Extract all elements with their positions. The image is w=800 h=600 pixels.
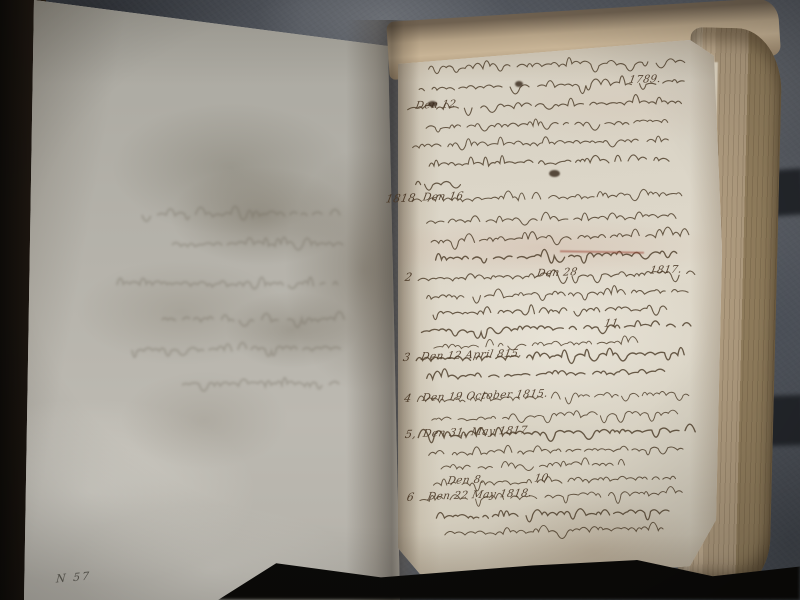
ink-blot [549, 170, 560, 177]
handwriting-fragment: Den 16 [422, 190, 465, 203]
handwriting-fragment: 11 [604, 317, 620, 330]
handwriting-fragment: 1789. [627, 73, 661, 86]
handwritten-line [426, 363, 671, 380]
stain-squiggle [142, 206, 340, 221]
handwritten-line [426, 284, 688, 305]
stain-squiggle [132, 343, 341, 358]
handwritten-line [416, 180, 461, 190]
handwritten-line [441, 457, 625, 473]
handwriting-fragment: 10 [533, 472, 549, 485]
handwritten-line [431, 226, 695, 249]
stain-squiggle [172, 237, 349, 250]
ink-blot [428, 101, 437, 107]
handwritten-line [426, 116, 668, 135]
handwritten-line [421, 319, 691, 340]
handwritten-line [432, 408, 684, 427]
handwritten-line [436, 506, 669, 525]
stain-squiggle [162, 312, 344, 327]
handwriting-fragment: 1817. [649, 263, 683, 276]
handwritten-line [412, 133, 668, 152]
ink-blot [515, 81, 523, 87]
handwritten-line [433, 301, 667, 321]
handwritten-line [426, 209, 676, 228]
handwriting-layer: 1789.Den 121818Den 162Den 281817.113Den … [396, 37, 769, 566]
stain-squiggle [182, 378, 339, 391]
left-blank-page: N 57 [22, 0, 402, 600]
handwriting-fragment: Den 8. [447, 474, 486, 487]
handwritten-line [435, 246, 682, 267]
margin-note: 5, [404, 428, 418, 441]
handwriting-fragment: Den 28 [536, 266, 579, 279]
ink-showthrough-stains [22, 0, 402, 600]
margin-note: 1818 [385, 191, 417, 205]
photo-open-manuscript-book: N 57 1789.Den 121818Den 162Den 281817.11… [0, 0, 800, 600]
handwritten-line [429, 441, 684, 461]
handwritten-line [445, 522, 664, 542]
stain-squiggle [117, 277, 338, 288]
handwritten-line [429, 151, 669, 167]
